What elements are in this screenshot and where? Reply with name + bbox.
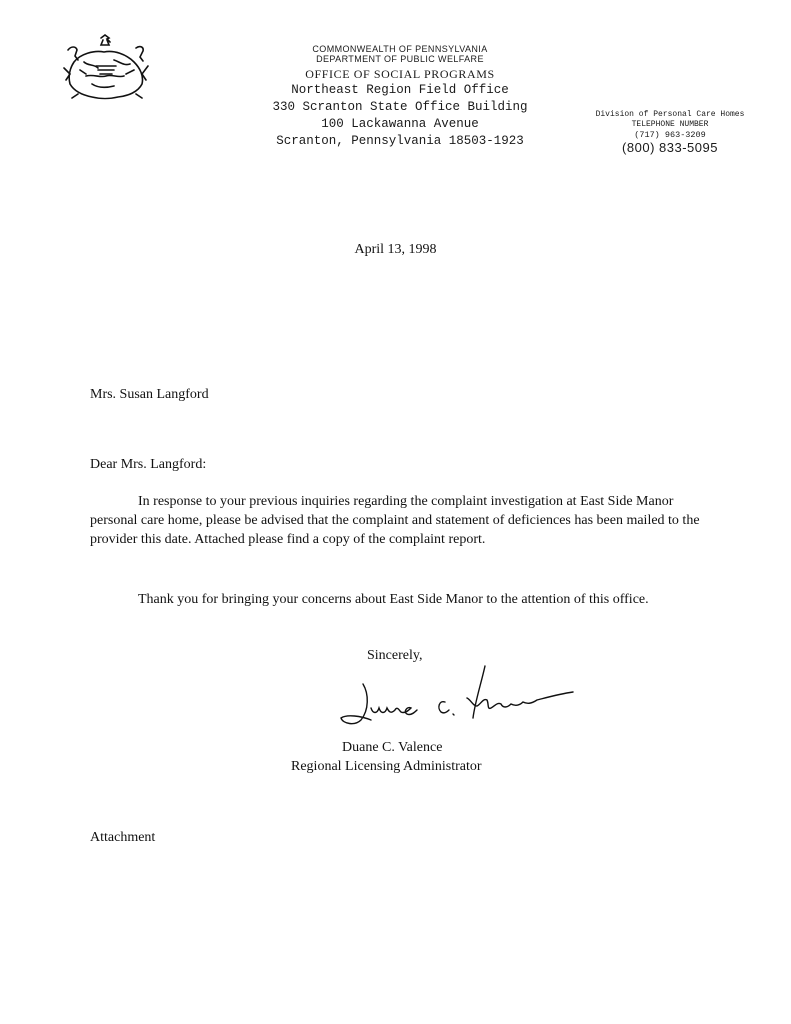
body-paragraph-2: Thank you for bringing your concerns abo… xyxy=(90,590,710,609)
recipient-name: Mrs. Susan Langford xyxy=(90,385,209,404)
commonwealth-line: COMMONWEALTH OF PENNSYLVANIA xyxy=(250,44,550,54)
signatory-name: Duane C. Valence xyxy=(342,738,442,757)
address-line-4: Scranton, Pennsylvania 18503-1923 xyxy=(250,133,550,150)
address-line-2: 330 Scranton State Office Building xyxy=(250,99,550,116)
enclosure-note: Attachment xyxy=(90,828,155,847)
signatory-title: Regional Licensing Administrator xyxy=(291,757,482,776)
telephone-label: TELEPHONE NUMBER xyxy=(565,120,775,130)
telephone-number-2: (800) 833-5095 xyxy=(565,140,775,156)
telephone-number-1: (717) 963-3209 xyxy=(565,130,775,140)
commonwealth-seal-icon xyxy=(56,32,156,104)
body-paragraph-1: In response to your previous inquiries r… xyxy=(90,492,710,549)
telephone-block: Division of Personal Care Homes TELEPHON… xyxy=(565,110,775,156)
department-line: DEPARTMENT OF PUBLIC WELFARE xyxy=(250,54,550,64)
signature-icon xyxy=(335,662,605,730)
letter-date: April 13, 1998 xyxy=(0,240,791,259)
address-line-3: 100 Lackawanna Avenue xyxy=(250,116,550,133)
office-name: OFFICE OF SOCIAL PROGRAMS xyxy=(250,66,550,82)
salutation: Dear Mrs. Langford: xyxy=(90,455,206,474)
division-name: Division of Personal Care Homes xyxy=(565,110,775,120)
letterhead: COMMONWEALTH OF PENNSYLVANIA DEPARTMENT … xyxy=(250,44,550,150)
address-line-1: Northeast Region Field Office xyxy=(250,82,550,99)
